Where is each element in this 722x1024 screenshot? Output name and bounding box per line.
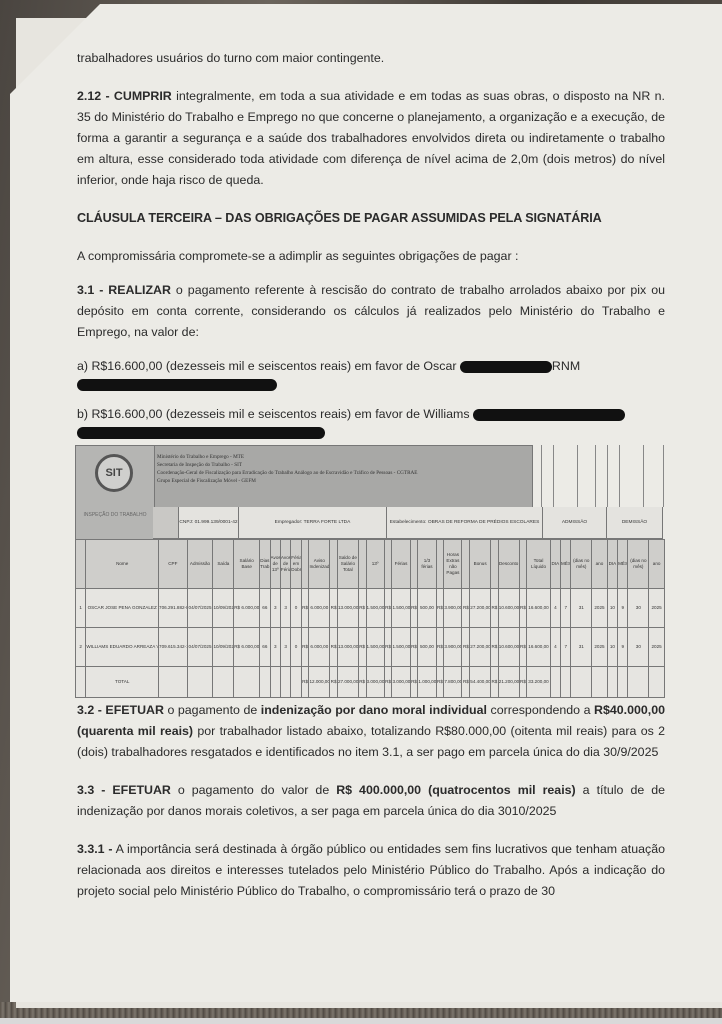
table-cell: Admissão xyxy=(187,540,213,589)
item-2-12: 2.12 - CUMPRIR integralmente, em toda a … xyxy=(77,86,665,191)
table-cell xyxy=(187,667,213,698)
table-cell: 1 xyxy=(76,589,86,628)
item-3-1-a-suffix: RNM xyxy=(552,359,580,373)
table-cell: 10 xyxy=(607,628,617,667)
table-cell: 4 xyxy=(550,589,560,628)
rescission-table-image: SIT INSPEÇÃO DO TRABALHO Ministério do T… xyxy=(75,445,665,690)
redaction-bar xyxy=(460,361,552,373)
table-cell: 3 xyxy=(280,628,290,667)
table-cell: Férias em Dobro xyxy=(291,540,301,589)
table-cell: 7 xyxy=(561,628,571,667)
table-cell: Aviso Indenizado xyxy=(309,540,330,589)
item-3-3-pre: o pagamento do valor de xyxy=(171,783,336,797)
table-cell: Avos de Férias xyxy=(280,540,290,589)
table-cell xyxy=(384,540,392,589)
item-3-3-bold: R$ 400.000,00 (quatrocentos mil reais) xyxy=(336,783,575,797)
table-cell: 31 xyxy=(571,628,592,667)
item-3-3-1: 3.3.1 - A importância será destinada à ó… xyxy=(77,839,665,902)
table-cell: R$ xyxy=(358,667,366,698)
table-cell: 27.200,00 xyxy=(470,628,491,667)
item-3-1-b: b) R$16.600,00 (dezesseis mil e seiscent… xyxy=(77,404,665,425)
table-cell: R$ xyxy=(436,667,444,698)
item-3-1: 3.1 - REALIZAR o pagamento referente à r… xyxy=(77,280,665,343)
table-cell: 10.600,00 xyxy=(498,628,519,667)
table-cell: 500,00 xyxy=(418,628,436,667)
table-cell: 3.900,00 xyxy=(444,628,462,667)
table-cell xyxy=(260,667,270,698)
table-cell xyxy=(462,540,470,589)
table-cell: R$ xyxy=(301,667,309,698)
table-cell: 6.000,00 xyxy=(309,589,330,628)
table-cell: R$ xyxy=(384,628,392,667)
table-cell xyxy=(234,667,260,698)
table-cell: R$ xyxy=(436,589,444,628)
table-header-row: NomeCPFAdmissãoSaídaSalário BaseDias Tra… xyxy=(76,540,665,589)
table-cell: 04/07/2025 xyxy=(187,589,213,628)
table-cell: 3.000,00 xyxy=(392,667,410,698)
redaction-bar xyxy=(77,379,277,391)
table-cell: CPF xyxy=(159,540,188,589)
table-cell: R$ xyxy=(330,628,338,667)
table-cell: 54.400,00 xyxy=(470,667,491,698)
table-cell: MÊS xyxy=(618,540,628,589)
table-cell: 1.500,00 xyxy=(366,589,384,628)
table-cell: 13º xyxy=(366,540,384,589)
dismissal-heading: DEMISSÃO xyxy=(607,507,663,539)
table-cell: (dias no mês) xyxy=(571,540,592,589)
employer: Empregador: TERRA FORTE LTDA xyxy=(239,507,387,539)
table-cell: R$ xyxy=(410,589,418,628)
table-cell xyxy=(280,667,290,698)
table-cell: MÊS xyxy=(561,540,571,589)
sit-logo-icon: SIT xyxy=(95,454,133,492)
item-3-3-label: 3.3 - EFETUAR xyxy=(77,783,171,797)
table-cell: ano xyxy=(649,540,665,589)
logo-box: SIT INSPEÇÃO DO TRABALHO xyxy=(75,445,155,541)
table-cell: 33.200,00 xyxy=(527,667,550,698)
table-cell: (dias no mês) xyxy=(628,540,649,589)
org-line: Secretaria de Inspeção do Trabalho - SIT xyxy=(157,461,417,469)
table-cell: R$ xyxy=(491,628,499,667)
org-line: Coordenação-Geral de Fiscalização para E… xyxy=(157,469,417,477)
establishment: Estabelecimento: OBRAS DE REFORMA DE PRÉ… xyxy=(387,507,543,539)
table-cell xyxy=(301,540,309,589)
table-cell: R$ xyxy=(358,589,366,628)
item-3-2-mid: correspondendo a xyxy=(487,703,594,717)
table-cell xyxy=(270,667,280,698)
item-3-3: 3.3 - EFETUAR o pagamento do valor de R$… xyxy=(77,780,665,822)
table-cell: R$ xyxy=(519,628,527,667)
cnpj: CNPJ: 01.999.139/0001-42 xyxy=(179,507,239,539)
table-cell: Total Líquido xyxy=(527,540,550,589)
table-cell: 30 xyxy=(628,589,649,628)
item-2-12-label: 2.12 - CUMPRIR xyxy=(77,89,172,103)
organization-lines: Ministério do Trabalho e Emprego - MTE S… xyxy=(157,453,417,485)
item-3-2-label: 3.2 - EFETUAR xyxy=(77,703,164,717)
org-line: Ministério do Trabalho e Emprego - MTE xyxy=(157,453,417,461)
table-cell: TOTAL xyxy=(86,667,159,698)
table-cell xyxy=(410,540,418,589)
table-cell: 04/07/2025 xyxy=(187,628,213,667)
table-cell: Nome xyxy=(86,540,159,589)
table-cell: 3.900,00 xyxy=(444,589,462,628)
item-2-12-text: integralmente, em toda a sua atividade e… xyxy=(77,89,665,187)
table-cell: WILLIAMS EDUARDO ARREAZA VASQUEZ xyxy=(86,628,159,667)
table-cell: R$ xyxy=(462,628,470,667)
table-cell: 0 xyxy=(291,628,301,667)
table-cell: 3 xyxy=(270,589,280,628)
table-cell: 16.600,00 xyxy=(527,628,550,667)
table-cell: 12.000,00 xyxy=(309,667,330,698)
table-cell: R$ xyxy=(462,589,470,628)
clause-intro: A compromissária compromete-se a adimpli… xyxy=(77,246,665,267)
table-cell xyxy=(159,667,188,698)
table-cell xyxy=(76,667,86,698)
table-cell xyxy=(436,540,444,589)
table-cell: 4 xyxy=(550,628,560,667)
table-cell: 31 xyxy=(571,589,592,628)
table-cell: DIA xyxy=(550,540,560,589)
table-cell xyxy=(571,667,592,698)
table-cell xyxy=(550,667,560,698)
table-cell xyxy=(491,540,499,589)
table-cell: 10 xyxy=(607,589,617,628)
table-cell: R$ xyxy=(491,667,499,698)
table-cell: R$ xyxy=(330,667,338,698)
table-cell: Férias xyxy=(392,540,410,589)
table-cell: 1/3 férias xyxy=(418,540,436,589)
item-3-2-bold1: indenização por dano moral individual xyxy=(261,703,487,717)
table-cell: 709.615.342-12 xyxy=(159,628,188,667)
org-line: Grupo Especial de Fiscalização Móvel - G… xyxy=(157,477,417,485)
table-cell: R$ xyxy=(330,589,338,628)
table-cell: 2025 xyxy=(592,589,608,628)
item-3-1-a: a) R$16.600,00 (dezesseis mil e seiscent… xyxy=(77,356,665,377)
table-cell: Horas Extras não Pagas xyxy=(444,540,462,589)
table-cell xyxy=(76,540,86,589)
table-cell: 66 xyxy=(260,628,270,667)
table-cell xyxy=(519,540,527,589)
table-row: 1OSCAR JOSE PENA GONZALEZ706.291.882-800… xyxy=(76,589,665,628)
table-cell: 30 xyxy=(628,628,649,667)
table-cell: Bonus xyxy=(470,540,491,589)
table-cell: Saldo de Salário Total xyxy=(337,540,358,589)
item-3-1-label: 3.1 - REALIZAR xyxy=(77,283,171,297)
table-cell: 27.200,00 xyxy=(470,589,491,628)
table-cell: 9 xyxy=(618,628,628,667)
table-cell: R$ 6.000,00 xyxy=(234,628,260,667)
table-cell: 10/09/2025 xyxy=(213,628,234,667)
redaction-bar xyxy=(77,427,325,439)
table-cell: R$ xyxy=(410,628,418,667)
table-cell: Salário Base xyxy=(234,540,260,589)
table-row: 2WILLIAMS EDUARDO ARREAZA VASQUEZ709.615… xyxy=(76,628,665,667)
redaction-bar xyxy=(473,409,625,421)
table-cell: OSCAR JOSE PENA GONZALEZ xyxy=(86,589,159,628)
table-cell: 2025 xyxy=(649,628,665,667)
table-cell: 3.000,00 xyxy=(366,667,384,698)
table-cell: 2025 xyxy=(649,589,665,628)
table-cell xyxy=(358,540,366,589)
table-cell: 3 xyxy=(270,628,280,667)
table-cell: R$ xyxy=(519,589,527,628)
table-cell: Desconto xyxy=(498,540,519,589)
table-cell: DIA xyxy=(607,540,617,589)
table-cell: 0 xyxy=(291,589,301,628)
table-cell: 27.000,00 xyxy=(337,667,358,698)
logo-caption: INSPEÇÃO DO TRABALHO xyxy=(76,512,154,519)
item-3-3-1-label: 3.3.1 - xyxy=(77,842,113,856)
clause-heading: CLÁUSULA TERCEIRA – DAS OBRIGAÇÕES DE PA… xyxy=(77,208,665,229)
table-cell: 3 xyxy=(280,589,290,628)
table-cell: R$ xyxy=(436,628,444,667)
table-cell xyxy=(628,667,649,698)
document-body: trabalhadores usuários do turno com maio… xyxy=(77,48,665,902)
table-cell: R$ xyxy=(384,589,392,628)
table-cell: 16.600,00 xyxy=(527,589,550,628)
table-cell: 10/09/2025 xyxy=(213,589,234,628)
table-cell: R$ xyxy=(491,589,499,628)
table-cell xyxy=(561,667,571,698)
table-cell: Saída xyxy=(213,540,234,589)
bottom-strip xyxy=(0,1018,722,1024)
table-cell: R$ 6.000,00 xyxy=(234,589,260,628)
table-cell: ano xyxy=(592,540,608,589)
table-cell xyxy=(330,540,338,589)
table-cell xyxy=(607,667,617,698)
table-cell: 2 xyxy=(76,628,86,667)
table-cell: 500,00 xyxy=(418,589,436,628)
table-cell: R$ xyxy=(358,628,366,667)
table-cell: R$ xyxy=(410,667,418,698)
table-cell: R$ xyxy=(301,589,309,628)
table-total-row: TOTALR$12.000,00R$27.000,00R$3.000,00R$3… xyxy=(76,667,665,698)
table-cell xyxy=(592,667,608,698)
item-3-1-a-text: a) R$16.600,00 (dezesseis mil e seiscent… xyxy=(77,359,456,373)
employer-info-row: CNPJ: 01.999.139/0001-42 Empregador: TER… xyxy=(153,507,665,539)
table-cell: Dias Trab. xyxy=(260,540,270,589)
intro-line: trabalhadores usuários do turno com maio… xyxy=(77,48,665,69)
table-cell: 13.000,00 xyxy=(337,628,358,667)
table-cell: 1.500,00 xyxy=(392,589,410,628)
table-cell: 1.500,00 xyxy=(392,628,410,667)
item-3-3-1-text: A importância será destinada à órgão púb… xyxy=(77,842,665,898)
rescission-table: NomeCPFAdmissãoSaídaSalário BaseDias Tra… xyxy=(75,539,665,698)
table-cell xyxy=(649,667,665,698)
table-cell: 2025 xyxy=(592,628,608,667)
item-3-2-pre: o pagamento de xyxy=(164,703,261,717)
table-cell: 7 xyxy=(561,589,571,628)
table-cell xyxy=(291,667,301,698)
table-cell: 706.291.882-80 xyxy=(159,589,188,628)
table-cell: 1.500,00 xyxy=(366,628,384,667)
admission-heading: ADMISSÃO xyxy=(543,507,607,539)
table-cell: 9 xyxy=(618,589,628,628)
item-3-1-b-text: b) R$16.600,00 (dezesseis mil e seiscent… xyxy=(77,407,470,421)
table-cell: R$ xyxy=(301,628,309,667)
table-cell: Avos de 13º xyxy=(270,540,280,589)
table-cell: 7.800,00 xyxy=(444,667,462,698)
table-cell: 13.000,00 xyxy=(337,589,358,628)
table-cell: 66 xyxy=(260,589,270,628)
table-cell: R$ xyxy=(519,667,527,698)
table-cell: 6.000,00 xyxy=(309,628,330,667)
table-cell: 10.600,00 xyxy=(498,589,519,628)
table-cell xyxy=(618,667,628,698)
table-cell: R$ xyxy=(462,667,470,698)
table-cell: 21.200,00 xyxy=(498,667,519,698)
table-cell: 1.000,00 xyxy=(418,667,436,698)
table-cell: R$ xyxy=(384,667,392,698)
table-cell xyxy=(213,667,234,698)
item-3-2: 3.2 - EFETUAR o pagamento de indenização… xyxy=(77,700,665,763)
